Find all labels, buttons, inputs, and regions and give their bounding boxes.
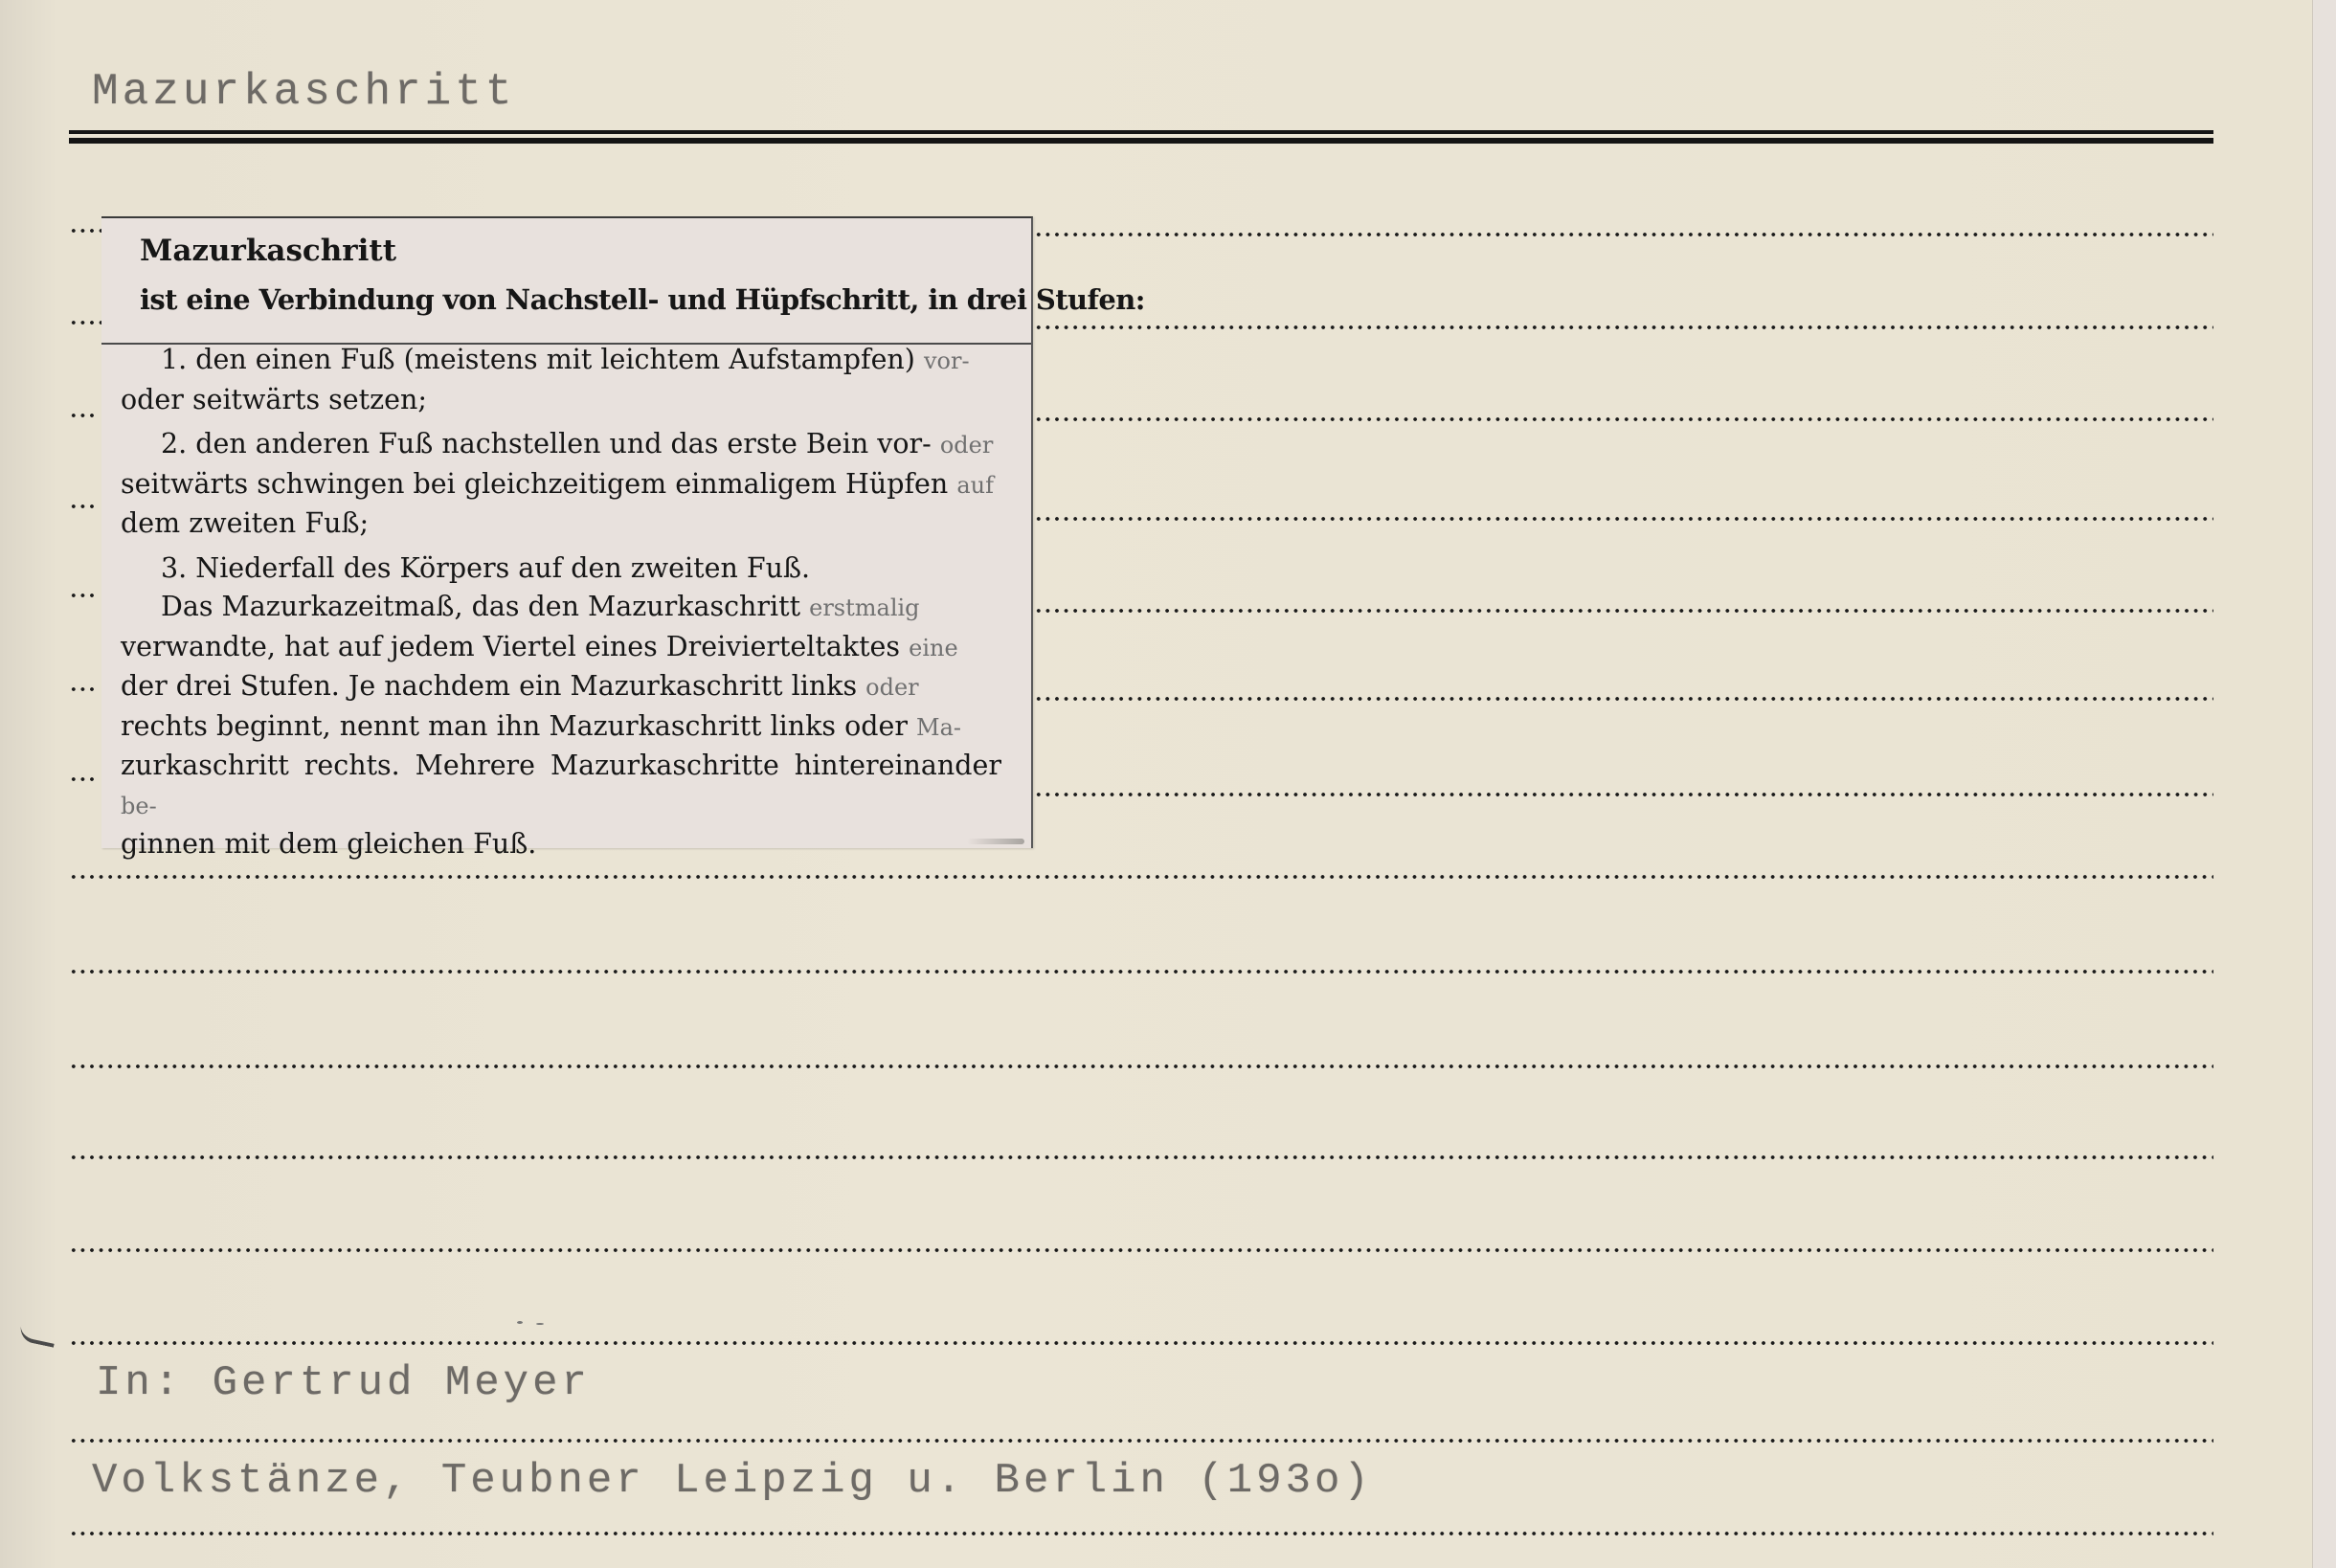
- rule-thin: [69, 130, 2213, 134]
- ink-speck: [536, 1323, 544, 1325]
- dotted-line: [69, 1439, 2213, 1443]
- paragraph-line-3: der drei Stufen. Je nachdem ein Mazurkas…: [121, 667, 1001, 707]
- dotted-line: [69, 1155, 2213, 1159]
- dotted-line: [69, 594, 94, 597]
- paragraph-line-1: Das Mazurkazeitmaß, das den Mazurkaschri…: [121, 588, 1001, 628]
- clipping-subtitle: ist eine Verbindung von Nachstell- und H…: [140, 283, 1145, 316]
- dotted-line: [1034, 517, 2213, 521]
- para-l4-tail: Ma-: [916, 714, 961, 741]
- dotted-line: [69, 1064, 2213, 1068]
- para-l2-tail: eine: [909, 635, 958, 661]
- card-title: Mazurkaschritt: [92, 67, 515, 117]
- step-3: 3. Niederfall des Körpers auf den zweite…: [121, 549, 1001, 589]
- dotted-line: [1034, 697, 2213, 701]
- dotted-line: [69, 875, 2213, 879]
- para-l4-text: rechts beginnt, nennt man ihn Mazurkasch…: [121, 710, 916, 742]
- dotted-line: [69, 687, 94, 691]
- para-l2-text: verwandte, hat auf jedem Viertel eines D…: [121, 631, 909, 662]
- dotted-line: [69, 970, 2213, 974]
- step-2-cont-text: seitwärts schwingen bei gleichzeitigem e…: [121, 468, 956, 500]
- citation-source: Volkstänze, Teubner Leipzig u. Berlin (1…: [92, 1457, 1373, 1505]
- paragraph-line-6: ginnen mit dem gleichen Fuß.: [121, 825, 1001, 864]
- para-l3-tail: oder: [865, 674, 919, 701]
- para-l3-text: der drei Stufen. Je nachdem ein Mazurkas…: [121, 670, 865, 702]
- dotted-line: [69, 504, 94, 508]
- paragraph-line-2: verwandte, hat auf jedem Viertel eines D…: [121, 628, 1001, 668]
- step-1: 1. den einen Fuß (meistens mit leichtem …: [121, 341, 1001, 381]
- dotted-line: [69, 1532, 2213, 1535]
- step-1-text: 1. den einen Fuß (meistens mit leichtem …: [161, 344, 924, 375]
- dotted-line: [69, 777, 94, 781]
- clipping-title: Mazurkaschritt: [140, 234, 396, 268]
- step-2-text: 2. den anderen Fuß nachstellen und das e…: [161, 428, 940, 459]
- ink-speck: [517, 1321, 523, 1324]
- dotted-line: [1034, 609, 2213, 613]
- clipping-body: 1. den einen Fuß (meistens mit leichtem …: [121, 341, 1001, 864]
- dotted-line: [69, 1341, 2213, 1345]
- glue-mark: [967, 839, 1024, 844]
- rule-thick: [69, 138, 2213, 144]
- citation-author: In: Gertrud Meyer: [96, 1359, 591, 1407]
- paragraph-line-5: zurkaschritt rechts. Mehrere Mazurkaschr…: [121, 747, 1001, 825]
- para-l5-text: zurkaschritt rechts. Mehrere Mazurkaschr…: [121, 750, 1001, 781]
- step-2-cont-tail: auf: [956, 472, 994, 499]
- printed-clipping: Mazurkaschritt ist eine Verbindung von N…: [101, 216, 1033, 848]
- dotted-line: [69, 414, 94, 417]
- para-l5-tail: be-: [121, 793, 157, 819]
- step-2-continuation-2: dem zweiten Fuß;: [121, 504, 1001, 544]
- paragraph-line-4: rechts beginnt, nennt man ihn Mazurkasch…: [121, 707, 1001, 748]
- dotted-line: [69, 321, 101, 325]
- step-2-tail: oder: [940, 432, 994, 459]
- para-l1-text: Das Mazurkazeitmaß, das den Mazurkaschri…: [161, 591, 809, 622]
- dotted-line: [1034, 417, 2213, 421]
- step-2: 2. den anderen Fuß nachstellen und das e…: [121, 425, 1001, 465]
- title-double-rule: [69, 130, 2213, 146]
- step-1-tail: vor-: [924, 347, 970, 374]
- dotted-line: [69, 229, 101, 233]
- para-l1-tail: erstmalig: [809, 594, 919, 621]
- step-1-continuation: oder seitwärts setzen;: [121, 381, 1001, 420]
- step-2-continuation: seitwärts schwingen bei gleichzeitigem e…: [121, 465, 1001, 505]
- dotted-line: [1034, 233, 2213, 236]
- dotted-line: [69, 1248, 2213, 1252]
- card-edge: [2312, 0, 2336, 1568]
- dotted-line: [1034, 793, 2213, 796]
- dotted-line: [1034, 325, 2213, 329]
